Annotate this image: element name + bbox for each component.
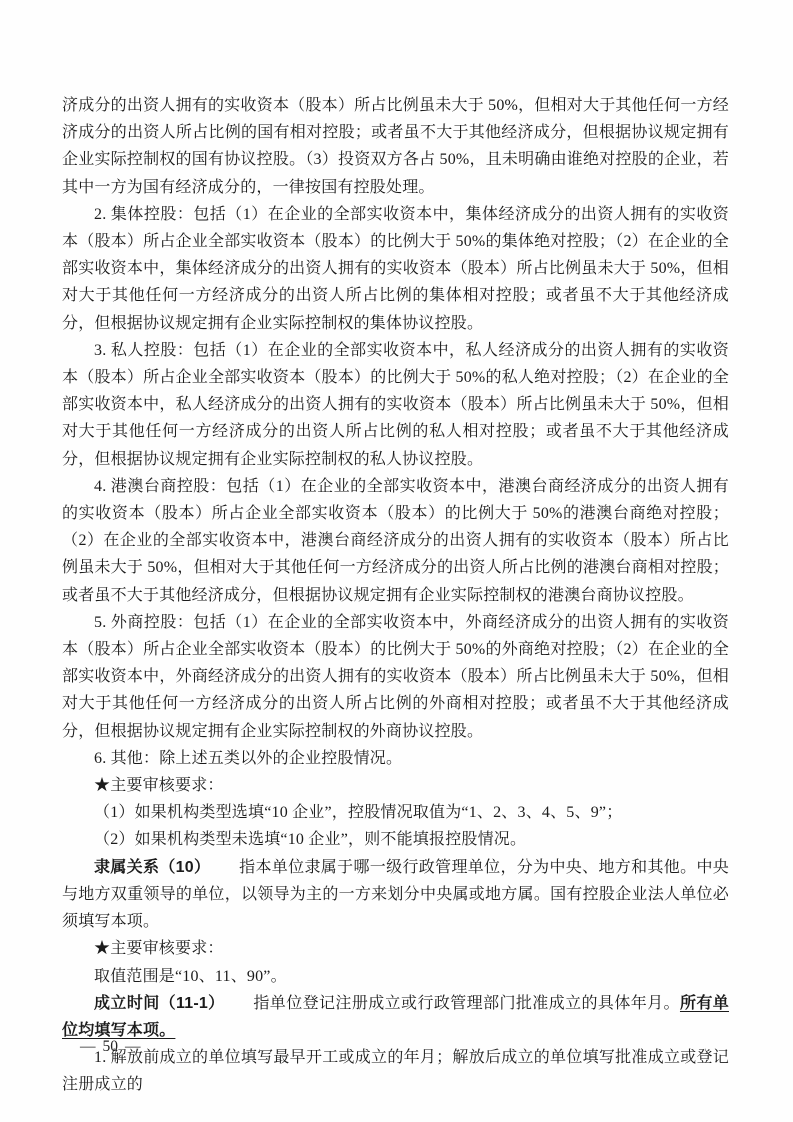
- page-number: 50: [103, 1038, 119, 1056]
- paragraph-audit-rule-2: （2）如果机构类型未选填“10 企业”，则不能填报控股情况。: [62, 826, 729, 853]
- paragraph-audit-rule-1: （1）如果机构类型选填“10 企业”，控股情况取值为“1、2、3、4、5、9”；: [62, 799, 729, 826]
- paragraph-pre-liberation-rule: 1. 解放前成立的单位填写最早开工或成立的年月；解放后成立的单位填写批准成立或登…: [62, 1044, 729, 1098]
- paragraph-foreign-holding: 5. 外商控股：包括（1）在企业的全部实收资本中，外商经济成分的出资人拥有的实收…: [62, 609, 729, 745]
- paragraph-audit-requirements-heading: ★主要审核要求：: [62, 772, 729, 799]
- footer-left-dash: —: [80, 1038, 96, 1056]
- document-page: 济成分的出资人拥有的实收资本（股本）所占比例虽未大于 50%，但相对大于其他任何…: [0, 0, 793, 1122]
- paragraph-audit-requirements-heading-2: ★主要审核要求：: [62, 935, 729, 962]
- footer-right-dash: —: [125, 1038, 141, 1056]
- paragraph-other-holding: 6. 其他：除上述五类以外的企业控股情况。: [62, 745, 729, 772]
- paragraph-hmt-holding: 4. 港澳台商控股：包括（1）在企业的全部实收资本中，港澳台商经济成分的出资人拥…: [62, 473, 729, 609]
- paragraph-affiliation: 隶属关系（10）指本单位隶属于哪一级行政管理单位，分为中央、地方和其他。中央与地…: [62, 854, 729, 936]
- paragraph-value-range: 取值范围是“10、11、90”。: [62, 963, 729, 990]
- term-establishment-time-definition: 指单位登记注册成立或行政管理部门批准成立的具体年月。: [253, 995, 680, 1012]
- paragraph-private-holding: 3. 私人控股：包括（1）在企业的全部实收资本中，私人经济成分的出资人拥有的实收…: [62, 337, 729, 473]
- paragraph-establishment-time: 成立时间（11-1）指单位登记注册成立或行政管理部门批准成立的具体年月。所有单位…: [62, 990, 729, 1044]
- document-body: 济成分的出资人拥有的实收资本（股本）所占比例虽未大于 50%，但相对大于其他任何…: [62, 92, 729, 1099]
- paragraph-collective-holding: 2. 集体控股：包括（1）在企业的全部实收资本中，集体经济成分的出资人拥有的实收…: [62, 201, 729, 337]
- term-affiliation-label: 隶属关系（10）: [94, 859, 210, 876]
- paragraph-continuation: 济成分的出资人拥有的实收资本（股本）所占比例虽未大于 50%，但相对大于其他任何…: [62, 92, 729, 201]
- page-footer: — 50 —: [80, 1038, 141, 1056]
- term-establishment-time-label: 成立时间（11-1）: [94, 995, 225, 1012]
